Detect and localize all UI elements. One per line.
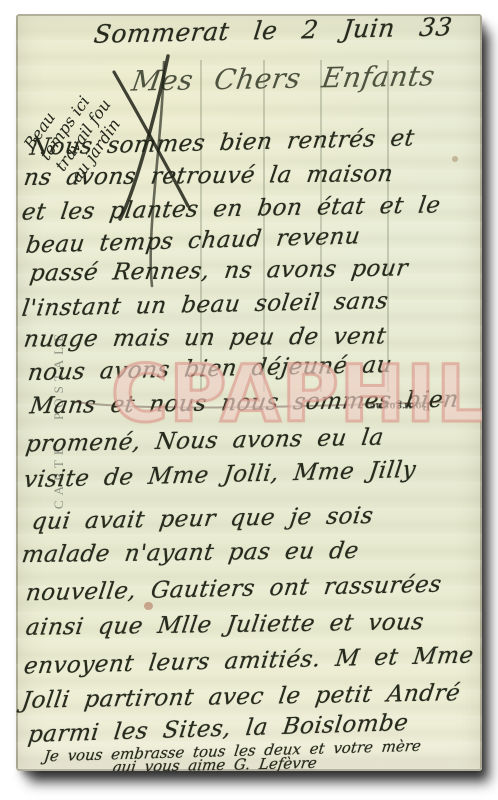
handwriting-line: promené, Nous avons eu la [24,425,385,458]
vertical-rule [387,60,389,392]
handwriting-line: et les plantes en bon état et le [20,192,442,225]
handwriting-line: l'instant un beau soleil sans [20,288,390,322]
postcard: CARTE POSTALE Bourgogne Beau temps ici t… [16,14,482,771]
handwriting-line: nouvelle, Gautiers ont rassurées [24,572,443,607]
handwriting-line: nuage mais un peu de vent [22,323,388,352]
dateline: Sommerat le 2 Juin 33 [92,14,454,49]
page-background: { "postcard": { "annotation_top_left_lin… [0,0,498,800]
handwriting-line: ainsi que Mlle Juliette et vous [24,609,426,641]
paper-stain [452,156,458,162]
handwriting-line: nous avons bien déjeuné au [26,352,393,386]
handwriting-line: envoyent leurs amitiés. M et Mme [22,642,475,679]
handwriting-line: Jolli partiront avec le petit André [20,680,462,714]
handwriting-line: malade n'ayant pas eu de [20,538,361,568]
handwriting-line: Mans et nous nous sommes bien [28,387,460,420]
ink-stain [144,602,153,610]
handwriting-line: ns avons retrouvé la maison [22,161,395,191]
handwriting-line: visite de Mme Jolli, Mme Jilly [22,457,417,493]
handwriting-line: beau temps chaud revenu [24,223,362,258]
handwriting-line: qui avait peur que je sois [30,503,375,535]
greeting: Mes Chers Enfants [129,59,437,97]
handwriting-line: passé Rennes, ns avons pour [28,255,410,286]
